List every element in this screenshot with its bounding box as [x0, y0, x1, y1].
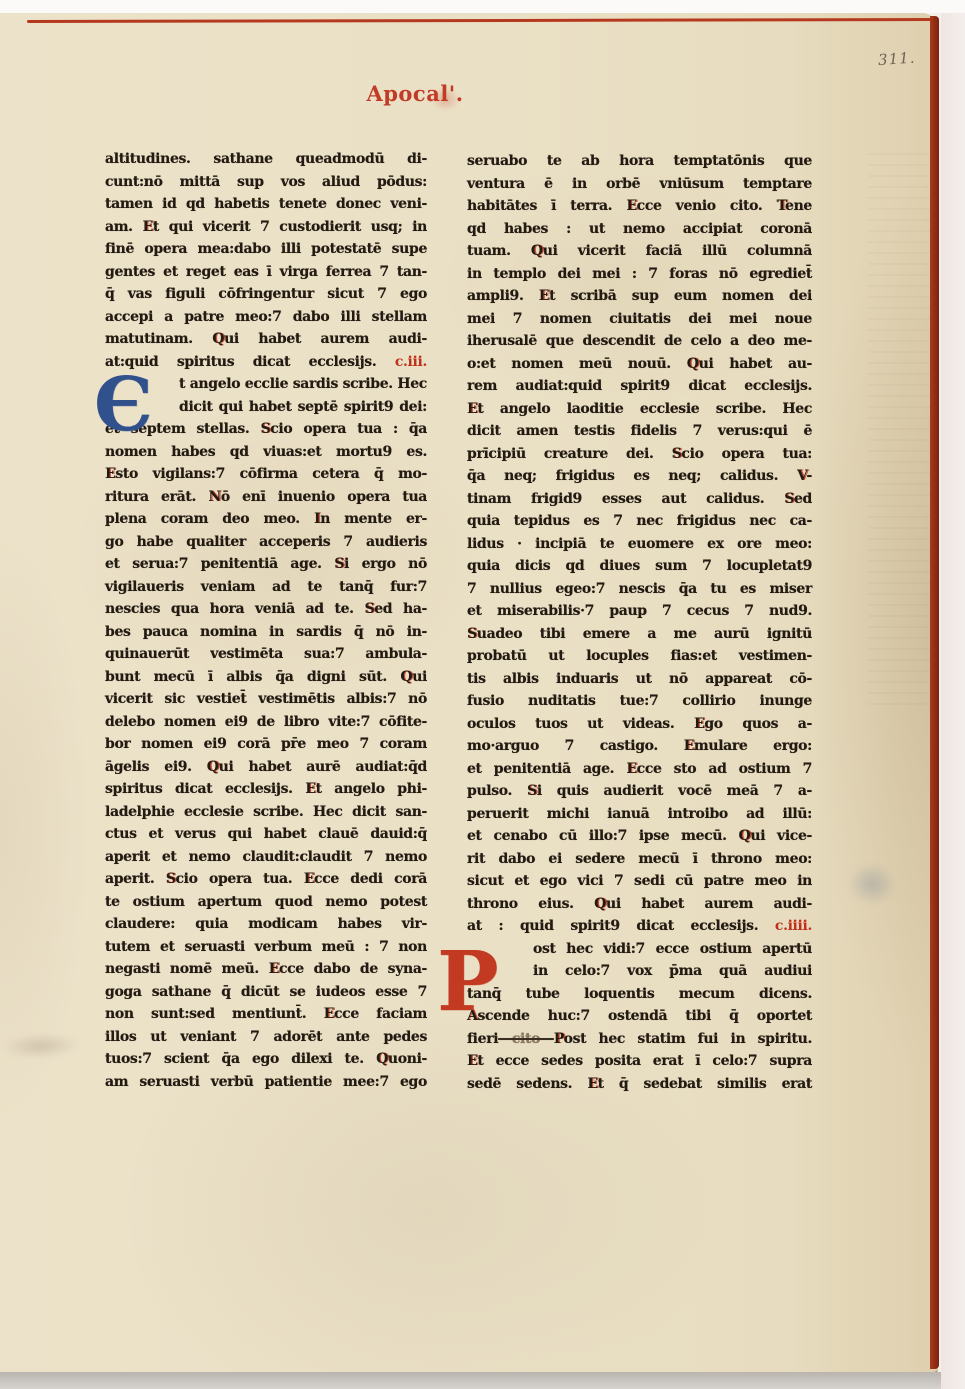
- text-line: mo·arguo 7 castigo. Emulare ergo:: [467, 735, 812, 758]
- text-line: am. Et qui vicerit 7 custodierit usq; in: [105, 216, 427, 239]
- text-line: ost hec vidi:7 ecce ostium apertū: [467, 938, 812, 961]
- text-line: cunt:nō mittā sup vos aliud pōdus:: [105, 171, 427, 194]
- text-line: dicit amen testis fidelis 7 verus:qui ē: [467, 420, 812, 443]
- manuscript-scan: Apocal'. 311. altitudines. sathane quead…: [0, 0, 965, 1389]
- text-line: probatū ut locuples fias:et vestimen-: [467, 645, 812, 668]
- text-line: Esto vigilans:7 cōfirma cetera q̄ mo-: [105, 463, 427, 486]
- ink-smudge: [2, 1032, 81, 1061]
- text-line: throno eius. Qui habet aurem audi-: [467, 893, 812, 916]
- text-line: nomen habes qd viuas:et mortu9 es.: [105, 441, 427, 464]
- text-line: fusio nuditatis tue:7 collirio inunge: [467, 690, 812, 713]
- text-line: prīcipiū creature dei. Scio opera tua:: [467, 443, 812, 466]
- text-line: bes pauca nomina in sardis q̄ nō in-: [105, 621, 427, 644]
- text-line: altitudines. sathane queadmodū di-: [105, 148, 427, 171]
- text-column-right: seruabo te ab hora temptatōnis queventur…: [467, 150, 812, 1095]
- text-line: vigilaueris veniam ad te tanq̄ fur:7: [105, 576, 427, 599]
- text-line: q̄a neq; frigidus es neq; calidus. V-: [467, 465, 812, 488]
- text-line: goga sathane q̄ dicūt se iudeos esse 7: [105, 981, 427, 1004]
- text-line: claudere: quia modicam habes vir-: [105, 913, 427, 936]
- text-column-left: altitudines. sathane queadmodū di-cunt:n…: [105, 148, 427, 1093]
- stain: [848, 863, 896, 905]
- text-line: go habe qualiter acceperis 7 audieris: [105, 531, 427, 554]
- text-line: rem audiat:quid spirit9 dicat ecclesijs.: [467, 375, 812, 398]
- text-line: tuam. Qui vicerit faciā illū columnā: [467, 240, 812, 263]
- text-line: in celo:7 vox p̄ma quā audiui: [467, 960, 812, 983]
- drop-cap-initial-e: Є: [94, 368, 153, 442]
- text-line: in templo dei mei : 7 foras nō egrediet̄: [467, 263, 812, 286]
- text-line: at:quid spiritus dicat ecclesijs. c.iii.: [105, 351, 427, 374]
- text-line: Et angelo laoditie ecclesie scribe. Hec: [467, 398, 812, 421]
- text-line: et penitentiā age. Ecce sto ad ostium 7: [467, 758, 812, 781]
- photo-margin-right: [941, 13, 965, 1389]
- text-line: et cenabo cū illo:7 ipse mecū. Qui vice-: [467, 825, 812, 848]
- text-line: tamen id qd habetis tenete donec veni-: [105, 193, 427, 216]
- text-line: peruerit michi ianuā introibo ad illū:: [467, 803, 812, 826]
- text-line: illos ut veniant 7 adorēt ante pedes: [105, 1026, 427, 1049]
- text-line: ladelphie ecclesie scribe. Hec dicit san…: [105, 801, 427, 824]
- text-line: q̄ vas figuli cōfringentur sicut 7 ego: [105, 283, 427, 306]
- text-line: finē opera mea:dabo illi potestatē supe: [105, 238, 427, 261]
- text-line: o:et nomen meū nouū. Qui habet au-: [467, 353, 812, 376]
- text-line: tinam frigid9 esses aut calidus. Sed: [467, 488, 812, 511]
- text-line: Suadeo tibi emere a me aurū ignitū: [467, 623, 812, 646]
- text-line: mei 7 nomen ciuitatis dei mei noue: [467, 308, 812, 331]
- text-line: tutem et seruasti verbum meū : 7 non: [105, 936, 427, 959]
- text-line: accepi a patre meo:7 dabo illi stellam: [105, 306, 427, 329]
- text-line: ctus et verus qui habet clauē dauid:q̄: [105, 823, 427, 846]
- text-line: bor nomen ei9 corā pr̄e meo 7 coram: [105, 733, 427, 756]
- text-line: quia dicis qd diues sum 7 locupletat9: [467, 555, 812, 578]
- running-title: Apocal'.: [348, 81, 482, 106]
- text-line: am seruasti verbū patientie mee:7 ego: [105, 1071, 427, 1094]
- drop-cap-initial-p: P: [437, 941, 499, 1023]
- text-line: ventura ē in orbē vniūsum temptare: [467, 173, 812, 196]
- parchment-page: Apocal'. 311. altitudines. sathane quead…: [0, 13, 938, 1374]
- text-line: et serua:7 penitentiā age. Si ergo nō: [105, 553, 427, 576]
- text-line: t angelo ecclie sardis scribe. Hec: [105, 373, 427, 396]
- text-line: dicit qui habet septē spirit9 dei:: [105, 396, 427, 419]
- text-line: habitātes ī terra. Ecce venio cito. Tene: [467, 195, 812, 218]
- text-line: et septem stellas. Scio opera tua : q̄a: [105, 418, 427, 441]
- text-line: quinauerūt vestimēta sua:7 ambula-: [105, 643, 427, 666]
- text-line: tuos:7 scient q̄a ego dilexi te. Quoni-: [105, 1048, 427, 1071]
- ink-showthrough: [868, 153, 930, 713]
- text-line: quia tepidus es 7 nec frigidus nec ca-: [467, 510, 812, 533]
- text-line: tis albis induaris ut nō appareat cō-: [467, 668, 812, 691]
- text-line: aperit. Scio opera tua. Ecce dedi corā: [105, 868, 427, 891]
- text-line: āgelis ei9. Qui habet aurē audiat:q̄d: [105, 756, 427, 779]
- text-line: gentes et reget eas ī virga ferrea 7 tan…: [105, 261, 427, 284]
- text-line: spiritus dicat ecclesijs. Et angelo phi-: [105, 778, 427, 801]
- text-line: qd habes : ut nemo accipiat coronā: [467, 218, 812, 241]
- text-line: vicerit sic vestiet̄ vestimētis albis:7 …: [105, 688, 427, 711]
- text-line: ritura erāt. Nō enī inuenio opera tua: [105, 486, 427, 509]
- text-line: tanq̄ tube loquentis mecum dicens.: [467, 983, 812, 1006]
- text-line: matutinam. Qui habet aurem audi-: [105, 328, 427, 351]
- text-line: aperit et nemo claudit:claudit 7 nemo: [105, 846, 427, 869]
- text-line: seruabo te ab hora temptatōnis que: [467, 150, 812, 173]
- text-line: negasti nomē meū. Ecce dabo de syna-: [105, 958, 427, 981]
- text-line: bunt mecū ī albis q̄a digni sūt. Qui: [105, 666, 427, 689]
- text-line: nescies qua hora veniā ad te. Sed ha-: [105, 598, 427, 621]
- text-line: at : quid spirit9 dicat ecclesijs. c.iii…: [467, 915, 812, 938]
- photo-margin-bottom: [0, 1372, 941, 1389]
- text-line: te ostium apertum quod nemo potest: [105, 891, 427, 914]
- photo-margin-top: [0, 0, 965, 13]
- text-line: iherusalē que descendit de celo a deo me…: [467, 330, 812, 353]
- text-line: oculos tuos ut videas. Ego quos a-: [467, 713, 812, 736]
- text-line: 7 nullius egeo:7 nescis q̄a tu es miser: [467, 578, 812, 601]
- text-line: delebo nomen ei9 de libro vite:7 cōfite-: [105, 711, 427, 734]
- text-line: plena coram deo meo. In mente er-: [105, 508, 427, 531]
- text-line: Et ecce sedes posita erat ī celo:7 supra: [467, 1050, 812, 1073]
- text-line: rit dabo ei sedere mecū ī throno meo:: [467, 848, 812, 871]
- text-line: pulso. Si quis audierit vocē meā 7 a-: [467, 780, 812, 803]
- text-line: fieri—cito—Post hec statim fui in spirit…: [467, 1028, 812, 1051]
- book-edge-right: [930, 16, 939, 1369]
- text-line: sicut et ego vici 7 sedi cū patre meo in: [467, 870, 812, 893]
- text-line: ampli9. Et scribā sup eum nomen dei: [467, 285, 812, 308]
- text-line: et miserabilis·7 paup 7 cecus 7 nud9.: [467, 600, 812, 623]
- text-line: lidus · incipiā te euomere ex ore meo:: [467, 533, 812, 556]
- text-line: non sunt:sed mentiunt̄. Ecce faciam: [105, 1003, 427, 1026]
- text-line: Ascende huc:7 ostendā tibi q̄ oportet: [467, 1005, 812, 1028]
- text-line: sedē sedens. Et q̄ sedebat similis erat: [467, 1073, 812, 1096]
